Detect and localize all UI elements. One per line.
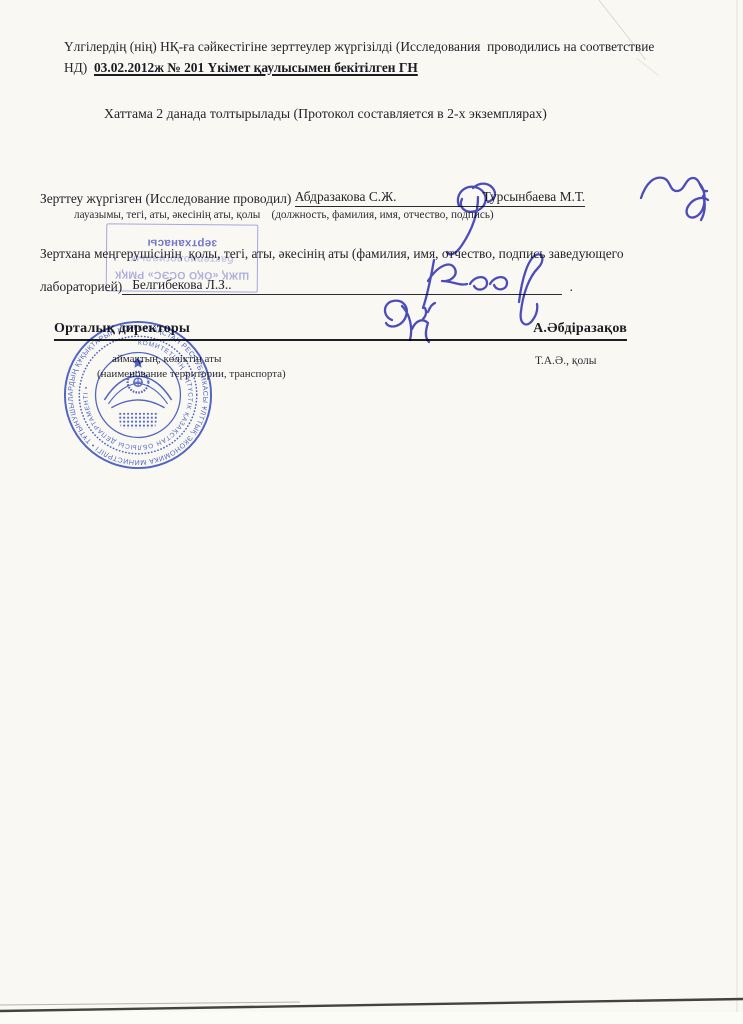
scan-bottom-edge [0, 990, 743, 1024]
compliance-line-1: Үлгілердің (нің) НҚ-ға сәйкестігіне зерт… [64, 36, 694, 57]
emblem-star-icon [132, 356, 143, 367]
seal-dotted-ring [79, 336, 196, 453]
scan-edge-faint-line [0, 1002, 300, 1005]
round-official-seal: ҚАЗАҚСТАН РЕСПУБЛИКАСЫ ҰЛТТЫҚ ЭКОНОМИКА … [59, 317, 217, 473]
compliance-paragraph: Үлгілердің (нің) НҚ-ға сәйкестігіне зерт… [64, 36, 694, 78]
seal-inner-text: КОМИТЕТІНІҢ ОҢТҮСТІК ҚАЗАҚСТАН ОБЛЫСЫ ДЕ… [83, 340, 194, 451]
compliance-regulation-reference: 03.02.2012ж № 201 Үкімет қаулысымен бекі… [94, 60, 418, 75]
director-caption-right-text: Т.А.Ә., қолы [535, 355, 597, 367]
scanned-document-page: Үлгілердің (нің) НҚ-ға сәйкестігіне зерт… [0, 0, 743, 1024]
protocol-copies-text: Хаттама 2 данада толтырылады (Протокол с… [104, 106, 547, 121]
researcher-name-1: Абдразакова С.Ж. [295, 189, 483, 207]
compliance-line-2: НД) 03.02.2012ж № 201 Үкімет қаулысымен … [64, 57, 694, 78]
rectangular-lab-stamp: ШЖҚ «ОҚО ОСЭС» РМҚК бактериологиялық зер… [106, 223, 259, 292]
researcher-name-2: Турсынбаева М.Т. [482, 189, 585, 207]
researcher-caption: лауазымы, тегі, аты, әкесінің аты, қолы … [74, 209, 494, 221]
emblem-ornament-icon [117, 413, 158, 429]
signature-researcher-2 [641, 178, 708, 220]
compliance-text-line2-prefix: НД) [64, 60, 94, 75]
lab-head-signature-line [232, 293, 562, 295]
researcher-line: Зерттеу жүргізген (Исследование проводил… [40, 189, 585, 207]
scan-edge-dark-line [0, 999, 743, 1011]
stamp-org-line: ШЖҚ «ОҚО ОСЭС» РМҚК [107, 266, 257, 284]
lab-head-terminal-dot: . [562, 279, 573, 295]
compliance-text-line1: Үлгілердің (нің) НҚ-ға сәйкестігіне зерт… [64, 39, 654, 54]
researcher-label: Зерттеу жүргізген (Исследование проводил… [40, 191, 295, 207]
stamp-bottom-line: зертханасы [107, 232, 257, 251]
paper-right-edge [736, 0, 738, 1024]
protocol-copies-note: Хаттама 2 данада толтырылады (Протокол с… [104, 106, 547, 122]
signatures-overlay [0, 0, 743, 1024]
director-name: А.Әбдіразақов [533, 321, 627, 337]
stamp-middle-line: бактериологиялық [107, 250, 257, 268]
director-caption-right: Т.А.Ә., қолы [535, 355, 597, 367]
state-emblem-icon [104, 356, 171, 428]
researcher-caption-text: лауазымы, тегі, аты, әкесінің аты, қолы … [74, 209, 494, 221]
